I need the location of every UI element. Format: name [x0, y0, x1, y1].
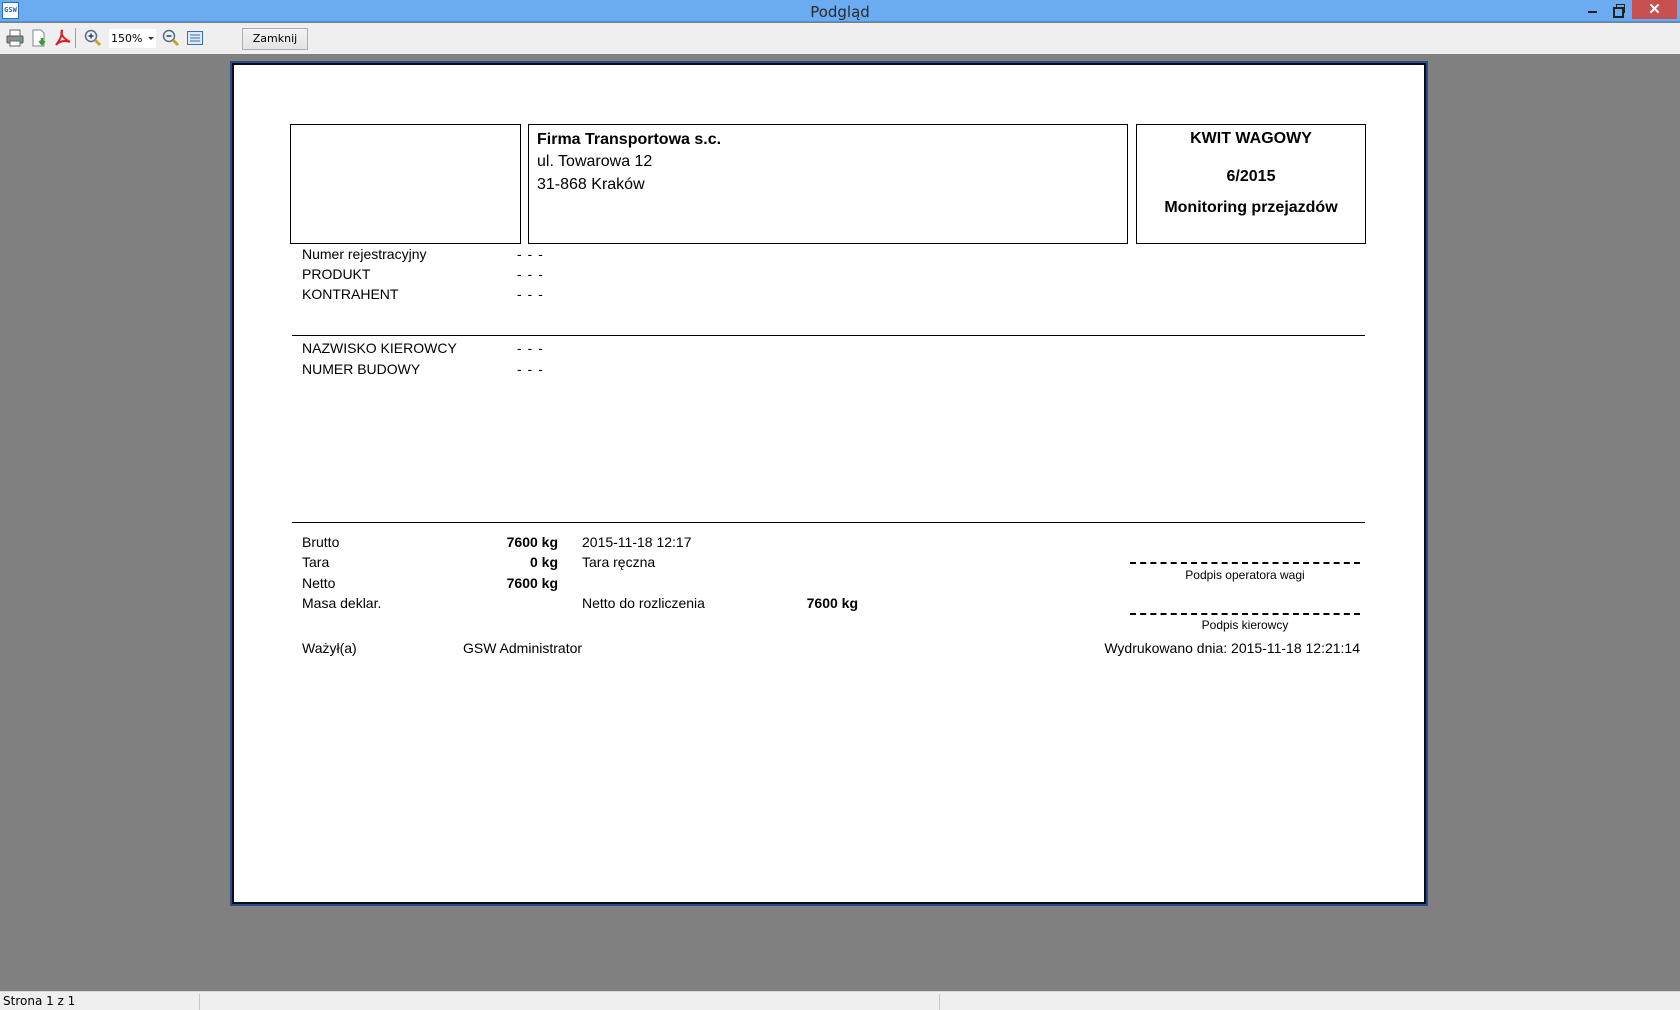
close-preview-button[interactable]: Zamknij [242, 28, 308, 50]
netto-settlement-label: Netto do rozliczenia [582, 595, 705, 611]
company-box: Firma Transportowa s.c. ul. Towarowa 12 … [528, 124, 1128, 244]
operator-signature-line [1130, 562, 1360, 564]
field-label-site: NUMER BUDOWY [302, 361, 420, 377]
export-icon[interactable] [31, 29, 49, 47]
ticket-title: KWIT WAGOWY [1137, 130, 1365, 148]
toolbar-separator [75, 28, 76, 48]
chevron-down-icon [148, 37, 154, 40]
netto-label: Netto [302, 575, 335, 591]
field-label-registration: Numer rejestracyjny [302, 246, 426, 262]
field-value-contractor: - - - [517, 286, 544, 302]
ticket-number: 6/2015 [1137, 168, 1365, 186]
status-divider [939, 994, 940, 1010]
document-page: Firma Transportowa s.c. ul. Towarowa 12 … [232, 63, 1426, 904]
title-bar: GSW Podgląd ✕ [0, 0, 1680, 22]
tara-value: 0 kg [414, 554, 558, 570]
toolbar: 150% Zamknij [0, 23, 1680, 54]
declared-mass-label: Masa deklar. [302, 595, 381, 611]
field-value-site: - - - [517, 361, 544, 377]
operator-signature-label: Podpis operatora wagi [1130, 568, 1360, 582]
field-value-driver: - - - [517, 340, 544, 356]
tara-label: Tara [302, 554, 329, 570]
zoom-level-value: 150% [111, 32, 142, 45]
brutto-value: 7600 kg [414, 534, 558, 550]
restore-icon[interactable] [1606, 0, 1632, 19]
ticket-title-box: KWIT WAGOWY 6/2015 Monitoring przejazdów [1136, 124, 1366, 244]
status-divider [199, 994, 200, 1010]
window-title: Podgląd [0, 3, 1680, 21]
driver-signature-label: Podpis kierowcy [1130, 618, 1360, 632]
print-icon[interactable] [6, 29, 24, 47]
weighed-by-value: GSW Administrator [463, 640, 582, 656]
page-info: Strona 1 z 1 [3, 994, 75, 1008]
netto-value: 7600 kg [414, 575, 558, 591]
field-label-product: PRODUKT [302, 266, 370, 282]
close-window-button[interactable]: ✕ [1632, 0, 1677, 19]
zoom-level-select[interactable]: 150% [109, 29, 156, 48]
field-label-contractor: KONTRAHENT [302, 286, 398, 302]
company-name: Firma Transportowa s.c. [537, 130, 1127, 150]
field-value-product: - - - [517, 266, 544, 282]
driver-signature-line [1130, 613, 1360, 615]
ticket-subtitle: Monitoring przejazdów [1137, 199, 1365, 217]
logo-box [290, 124, 521, 244]
field-value-registration: - - - [517, 246, 544, 262]
company-city: 31-868 Kraków [537, 173, 1127, 196]
divider [292, 335, 1365, 336]
preview-viewport[interactable]: Firma Transportowa s.c. ul. Towarowa 12 … [0, 54, 1680, 991]
divider [292, 522, 1365, 523]
company-street: ul. Towarowa 12 [537, 150, 1127, 173]
zoom-in-icon[interactable] [84, 29, 102, 47]
minimize-icon[interactable] [1580, 0, 1606, 19]
field-label-driver: NAZWISKO KIEROWCY [302, 340, 457, 356]
status-bar: Strona 1 z 1 [0, 991, 1680, 1010]
page-view-icon[interactable] [186, 29, 204, 47]
tara-note: Tara ręczna [582, 554, 655, 570]
printed-date: Wydrukowano dnia: 2015-11-18 12:21:14 [1034, 640, 1360, 656]
brutto-label: Brutto [302, 534, 339, 550]
brutto-time: 2015-11-18 12:17 [582, 534, 692, 550]
weighed-by-label: Ważył(a) [302, 640, 357, 656]
pdf-icon[interactable] [54, 29, 72, 47]
zoom-out-icon[interactable] [162, 29, 180, 47]
netto-settlement-value: 7600 kg [714, 595, 858, 611]
